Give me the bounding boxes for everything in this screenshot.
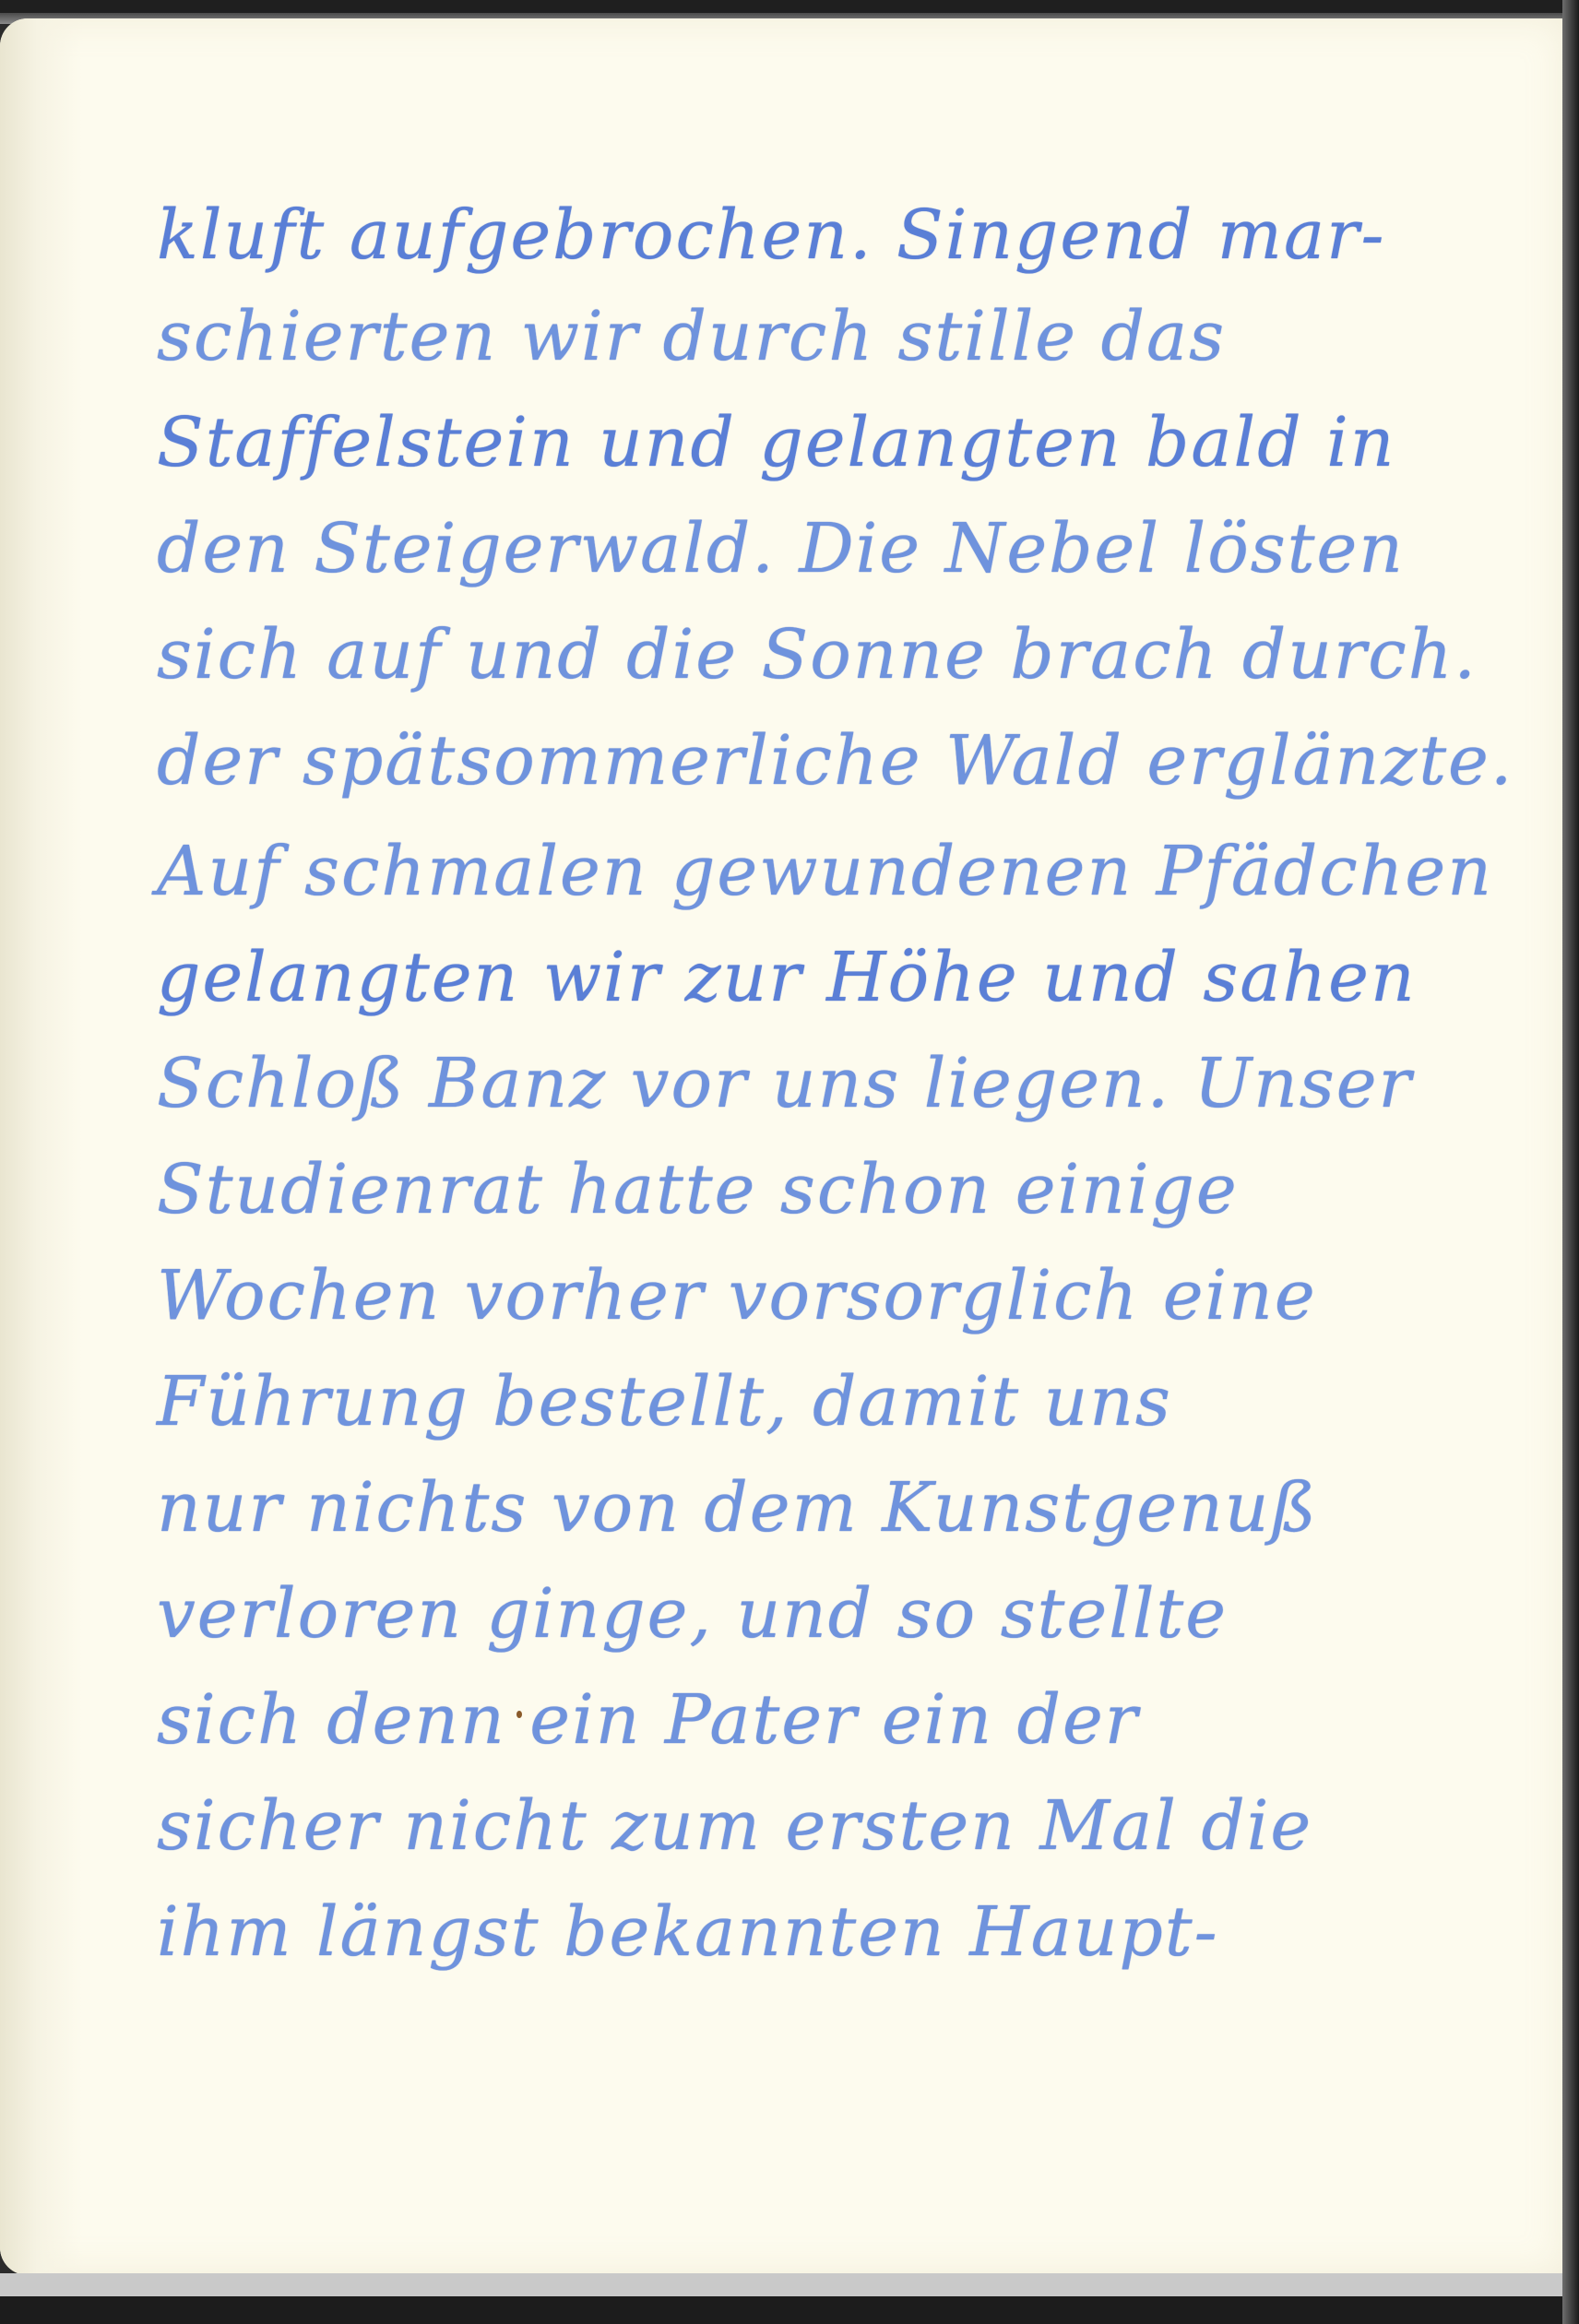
handwritten-line-15: sich denn ein Pater ein der [157, 1669, 1139, 1771]
handwritten-line-6: der spätsommerliche Wald erglänzte. [157, 710, 1514, 812]
handwritten-line-17: ihm längst bekannten Haupt- [157, 1881, 1219, 1983]
scanner-bed-bottom [0, 2273, 1579, 2296]
handwritten-line-7: Auf schmalen gewundenen Pfädchen [157, 821, 1493, 922]
handwritten-line-9: Schloß Banz vor uns liegen. Unser [157, 1033, 1413, 1134]
handwritten-line-11: Wochen vorher vorsorglich eine [157, 1245, 1317, 1346]
handwritten-line-1: kluft aufgebrochen. Singend mar- [157, 184, 1385, 286]
handwritten-line-14: verloren ginge, und so stellte [157, 1563, 1228, 1665]
handwritten-line-4: den Steigerwald. Die Nebel lösten [157, 498, 1405, 599]
handwritten-line-2: schierten wir durch stille das [157, 286, 1226, 387]
page-right-edge [1562, 0, 1579, 2324]
handwritten-line-16: sicher nicht zum ersten Mal die [157, 1775, 1312, 1877]
scanner-background-bottom [0, 2296, 1579, 2324]
handwritten-line-12: Führung bestellt, damit uns [157, 1351, 1172, 1452]
page-binding-gutter [0, 18, 83, 2275]
handwritten-line-13: nur nichts von dem Kunstgenuß [157, 1457, 1318, 1559]
scanned-page: kluft aufgebrochen. Singend mar- schiert… [0, 0, 1579, 2324]
handwritten-line-8: gelangten wir zur Höhe und sahen [157, 927, 1417, 1028]
handwritten-line-10: Studienrat hatte schon einige [157, 1139, 1239, 1240]
handwritten-line-5: sich auf und die Sonne brach durch. [157, 604, 1478, 705]
paper-stain [516, 1711, 522, 1718]
handwritten-line-3: Staffelstein und gelangten bald in [157, 392, 1395, 493]
